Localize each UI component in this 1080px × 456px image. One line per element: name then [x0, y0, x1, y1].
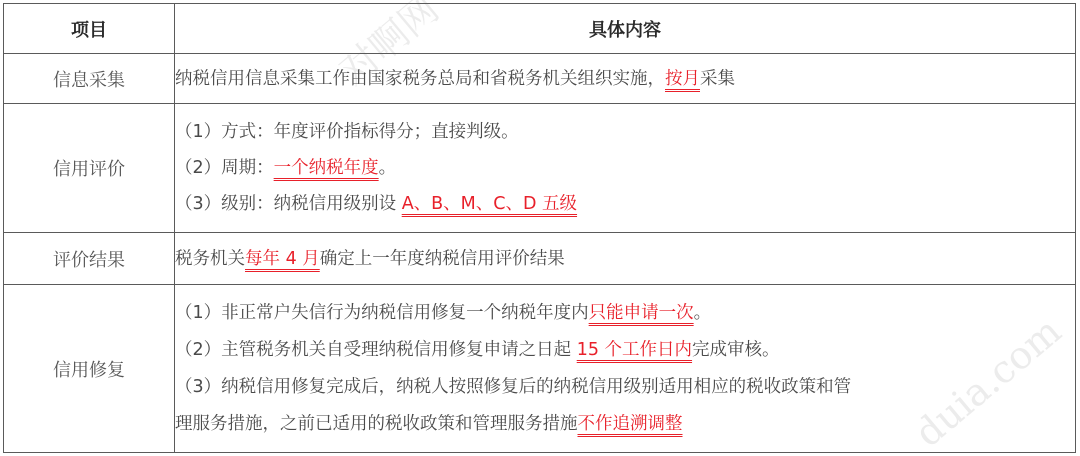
content-line: （1）非正常户失信行为纳税信用修复一个纳税年度内只能申请一次。 [175, 295, 1075, 332]
row-content: （1）方式：年度评价指标得分；直接判级。 （2）周期：一个纳税年度。 （3）级别… [175, 104, 1076, 233]
highlight-text: 15 个工作日内 [577, 340, 692, 360]
row-content: （1）非正常户失信行为纳税信用修复一个纳税年度内只能申请一次。 （2）主管税务机… [175, 285, 1076, 453]
highlight-text: 每年 4 月 [245, 249, 320, 269]
content-line: （2）周期：一个纳税年度。 [175, 150, 1075, 186]
table-row: 信用评价 （1）方式：年度评价指标得分；直接判级。 （2）周期：一个纳税年度。 … [4, 104, 1076, 233]
content-line: 税务机关每年 4 月确定上一年度纳税信用评价结果 [175, 241, 1075, 277]
row-item: 信用修复 [4, 285, 175, 453]
row-content: 税务机关每年 4 月确定上一年度纳税信用评价结果 [175, 233, 1076, 285]
row-item: 信息采集 [4, 54, 175, 104]
content-line: （3）纳税信用修复完成后，纳税人按照修复后的纳税信用级别适用相应的税收政策和管 [175, 369, 1075, 406]
table-header-row: 项目 具体内容 [4, 4, 1076, 54]
content-line: （2）主管税务机关自受理纳税信用修复申请之日起 15 个工作日内完成审核。 [175, 332, 1075, 369]
header-content: 具体内容 [175, 4, 1076, 54]
content-line: （3）级别：纳税信用级别设 A、B、M、C、D 五级 [175, 186, 1075, 222]
row-item: 信用评价 [4, 104, 175, 233]
table-row: 评价结果 税务机关每年 4 月确定上一年度纳税信用评价结果 [4, 233, 1076, 285]
tax-credit-table: 项目 具体内容 信息采集 纳税信用信息采集工作由国家税务总局和省税务机关组织实施… [3, 3, 1076, 453]
highlight-text: A、B、M、C、D 五级 [402, 194, 577, 214]
content-line: 纳税信用信息采集工作由国家税务总局和省税务机关组织实施，按月采集 [175, 61, 1075, 97]
table-row: 信用修复 （1）非正常户失信行为纳税信用修复一个纳税年度内只能申请一次。 （2）… [4, 285, 1076, 453]
content-line: 理服务措施，之前已适用的税收政策和管理服务措施不作追溯调整 [175, 406, 1075, 443]
content-line: （1）方式：年度评价指标得分；直接判级。 [175, 114, 1075, 150]
header-item: 项目 [4, 4, 175, 54]
highlight-text: 按月 [665, 69, 700, 89]
highlight-text: 一个纳税年度 [274, 158, 379, 178]
table-row: 信息采集 纳税信用信息采集工作由国家税务总局和省税务机关组织实施，按月采集 [4, 54, 1076, 104]
row-content: 纳税信用信息采集工作由国家税务总局和省税务机关组织实施，按月采集 [175, 54, 1076, 104]
highlight-text: 不作追溯调整 [578, 414, 683, 434]
row-item: 评价结果 [4, 233, 175, 285]
highlight-text: 只能申请一次 [589, 303, 694, 323]
